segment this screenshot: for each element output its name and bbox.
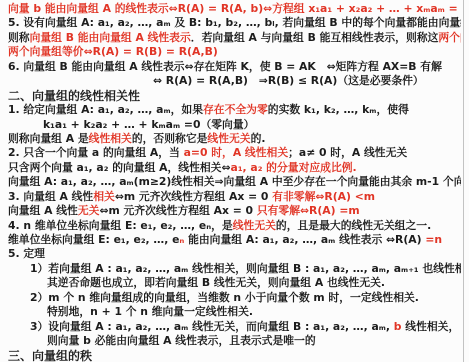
text-segment: 则向量 b 必能由向量组 A 线性表示，且表示式是唯一的 xyxy=(47,334,316,347)
section-heading: 三、向量组的秩 xyxy=(8,349,461,362)
highlighted-text-segment: 两个向量组等价. xyxy=(438,31,461,44)
highlighted-text-segment: 无关 xyxy=(78,204,100,217)
text-segment: 二、向量组的线性相关性 xyxy=(8,89,140,103)
text-segment: 的实数 k₁, k₂, …, kₘ，使得 xyxy=(268,103,409,116)
text-segment: 5. 定理 xyxy=(8,247,45,260)
text-line: 其逆否命题也成立，即若向量组 B 线性无关，则向量组 A 也线性无关. xyxy=(8,276,461,290)
text-line: 4. n 维单位坐标向量组 E: e₁, e₂, …, eₙ，是线性无关的，且是… xyxy=(8,219,461,233)
highlighted-text-segment: 线性无关 xyxy=(207,132,250,145)
text-segment: 3. 向量组 A 线性 xyxy=(8,190,93,203)
highlighted-text-segment: =n xyxy=(425,233,442,246)
text-segment: 4. n 维单位坐标向量组 E: e₁, e₂, …, eₙ，是 xyxy=(8,219,233,232)
text-line: 2. 只含一个向量 a 的向量组 A，当 a=0 时，A 线性相关；a≠ 0 时… xyxy=(8,146,461,160)
text-segment: k₁a₁ + k₂a₂ + … + kₘaₘ =0（零向量） xyxy=(43,118,254,131)
notes-document: 向量 b 能由向量组 A 的线性表示⇔R(A) = R(A, b)⇔方程组 x₁… xyxy=(8,2,461,362)
text-segment: 的. xyxy=(251,132,266,145)
text-line: 维单位坐标向量组 E: e₁, e₂, …, eₙ 能由向量组 A: a₁, a… xyxy=(8,233,461,247)
highlighted-text-segment: 线性相关 xyxy=(89,132,132,145)
highlighted-text-segment: 向量 b 能由向量组 A 的线性表示⇔R(A) = R(A, b)⇔方程组 x₁… xyxy=(8,2,461,15)
text-segment: 三、向量组的秩 xyxy=(8,349,92,362)
text-segment: ．若向量组 A 与向量组 B 能互相线性表示，则称这 xyxy=(191,31,439,44)
text-line: 2）m 个 n 维向量组成的向量组，当维数 n 小于向量个数 m 时，一定线性相… xyxy=(8,291,461,305)
text-segment: 线性相关， xyxy=(402,320,460,333)
text-segment: 向量组 A: a₁, a₂, …, aₘ(m≥2)线性相关⇒向量组 A 中至少存… xyxy=(8,175,461,188)
text-line: ⇔ R(A) = R(A,B) ⇒R(B) ≤ R(A)（这是必要条件） xyxy=(8,74,461,88)
text-segment: 2. 只含一个向量 a 的向量组 A，当 xyxy=(8,146,184,159)
text-line: 3. 向量组 A 线性相关⇔m 元齐次线性方程组 Ax = 0 有非零解⇔R(A… xyxy=(8,190,461,204)
section-heading: 二、向量组的线性相关性 xyxy=(8,89,461,103)
highlighted-text-segment: 向量组 B 能由向量组 A 线性表示 xyxy=(30,31,191,44)
highlighted-text-segment: b xyxy=(394,320,402,333)
text-segment: 能由向量组 A: a₁, a₂, …, aₘ 线性表示 ⇔R(A) xyxy=(184,233,425,246)
text-line: 向量组 A 线性无关⇔m 元齐次线性方程组 Ax = 0 只有零解⇔R(A) =… xyxy=(8,204,461,218)
text-segment: 向量组 A 线性 xyxy=(8,204,78,217)
highlighted-text-segment: a=0 时，A 线性相关 xyxy=(184,146,289,159)
text-segment: 则称向量组 A 是 xyxy=(8,132,89,145)
text-line: 5. 定理 xyxy=(8,247,461,261)
text-segment: 1）若向量组 A : a₁, a₂, …, aₘ 线性相关，则向量组 B : a… xyxy=(30,262,461,275)
text-line: 则向量 b 必能由向量组 A 线性表示，且表示式是唯一的 xyxy=(8,334,461,348)
text-line: 5. 设有向量组 A: a₁, a₂, …, aₘ 及 B: b₁, b₂, …… xyxy=(8,16,461,30)
text-segment: 2）m 个 n 维向量组成的向量组，当维数 n 小于向量个数 m 时，一定线性相… xyxy=(30,291,419,304)
text-segment: 3）设向量组 A : a₁, a₂, …, aₘ 线性无关，而向量组 B : a… xyxy=(30,320,394,333)
text-line: 向量组 A: a₁, a₂, …, aₘ(m≥2)线性相关⇒向量组 A 中至少存… xyxy=(8,175,461,189)
text-segment: ⇔m 元齐次线性方程组 Ax = 0 xyxy=(99,204,256,217)
text-line: 特别地，n + 1 个 n 维向量一定线性相关. xyxy=(8,305,461,319)
text-segment: 维单位坐标向量组 E: e₁, e₂, …, e xyxy=(8,233,179,246)
text-segment: 的，且是最大的线性无关组之一. xyxy=(276,219,431,232)
text-segment: ⇔ R(A) = R(A,B) ⇒R(B) ≤ R(A)（这是必要条件） xyxy=(153,74,424,87)
text-line: 1. 给定向量组 A: a₁, a₂, …, aₘ，如果存在不全为零的实数 k₁… xyxy=(8,103,461,117)
text-segment: 5. 设有向量组 A: a₁, a₂, …, aₘ 及 B: b₁, b₂, …… xyxy=(8,16,461,29)
highlighted-text-segment: 相关 xyxy=(93,190,115,203)
text-line: k₁a₁ + k₂a₂ + … + kₘaₘ =0（零向量） xyxy=(8,118,461,132)
text-segment: ；a≠ 0 时，A 线性无关 xyxy=(288,146,407,159)
highlighted-text-segment: 线性无关 xyxy=(233,219,276,232)
text-segment: 1. 给定向量组 A: a₁, a₂, …, aₘ，如果 xyxy=(8,103,203,116)
text-line: 则称向量组 A 是线性相关的，否则称它是线性无关的. xyxy=(8,132,461,146)
highlighted-text-segment: a₁, a₂ 的分量对应成比例. xyxy=(231,161,357,174)
text-segment: 的，否则称它是 xyxy=(132,132,208,145)
highlighted-text-segment: 有非零解⇔R(A) <m xyxy=(272,190,375,203)
text-line: 两个向量组等价⇔R(A) = R(B) = R(A,B) xyxy=(8,45,461,59)
text-line: 6. 向量组 B 能由向量组 A 线性表示⇔存在矩阵 K，使 B = AK ⇔矩… xyxy=(8,60,461,74)
text-segment: 则称 xyxy=(8,31,30,44)
text-segment: ⇔m 元齐次线性方程组 Ax = 0 xyxy=(115,190,272,203)
text-line: 3）设向量组 A : a₁, a₂, …, aₘ 线性无关，而向量组 B : a… xyxy=(8,320,461,334)
text-line: 则称向量组 B 能由向量组 A 线性表示．若向量组 A 与向量组 B 能互相线性… xyxy=(8,31,461,45)
text-line: 1）若向量组 A : a₁, a₂, …, aₘ 线性相关，则向量组 B : a… xyxy=(8,262,461,276)
highlighted-text-segment: 只有零解⇔R(A) =m xyxy=(257,204,360,217)
text-segment: 其逆否命题也成立，即若向量组 B 线性无关，则向量组 A 也线性无关. xyxy=(47,276,385,289)
text-line: 向量 b 能由向量组 A 的线性表示⇔R(A) = R(A, b)⇔方程组 x₁… xyxy=(8,2,461,16)
highlighted-text-segment: 存在不全为零 xyxy=(203,103,268,116)
highlighted-text-segment: 两个向量组等价⇔R(A) = R(B) = R(A,B) xyxy=(8,45,218,58)
text-segment: 只含两个向量 a₁, a₂ 的向量组 A，线性相关⇔ xyxy=(8,161,231,174)
notes-page: 向量 b 能由向量组 A 的线性表示⇔R(A) = R(A, b)⇔方程组 x₁… xyxy=(0,0,469,362)
text-segment: 特别地，n + 1 个 n 维向量一定线性相关. xyxy=(47,305,253,318)
text-segment: 6. 向量组 B 能由向量组 A 线性表示⇔存在矩阵 K，使 B = AK ⇔矩… xyxy=(8,60,442,73)
text-line: 只含两个向量 a₁, a₂ 的向量组 A，线性相关⇔a₁, a₂ 的分量对应成比… xyxy=(8,161,461,175)
